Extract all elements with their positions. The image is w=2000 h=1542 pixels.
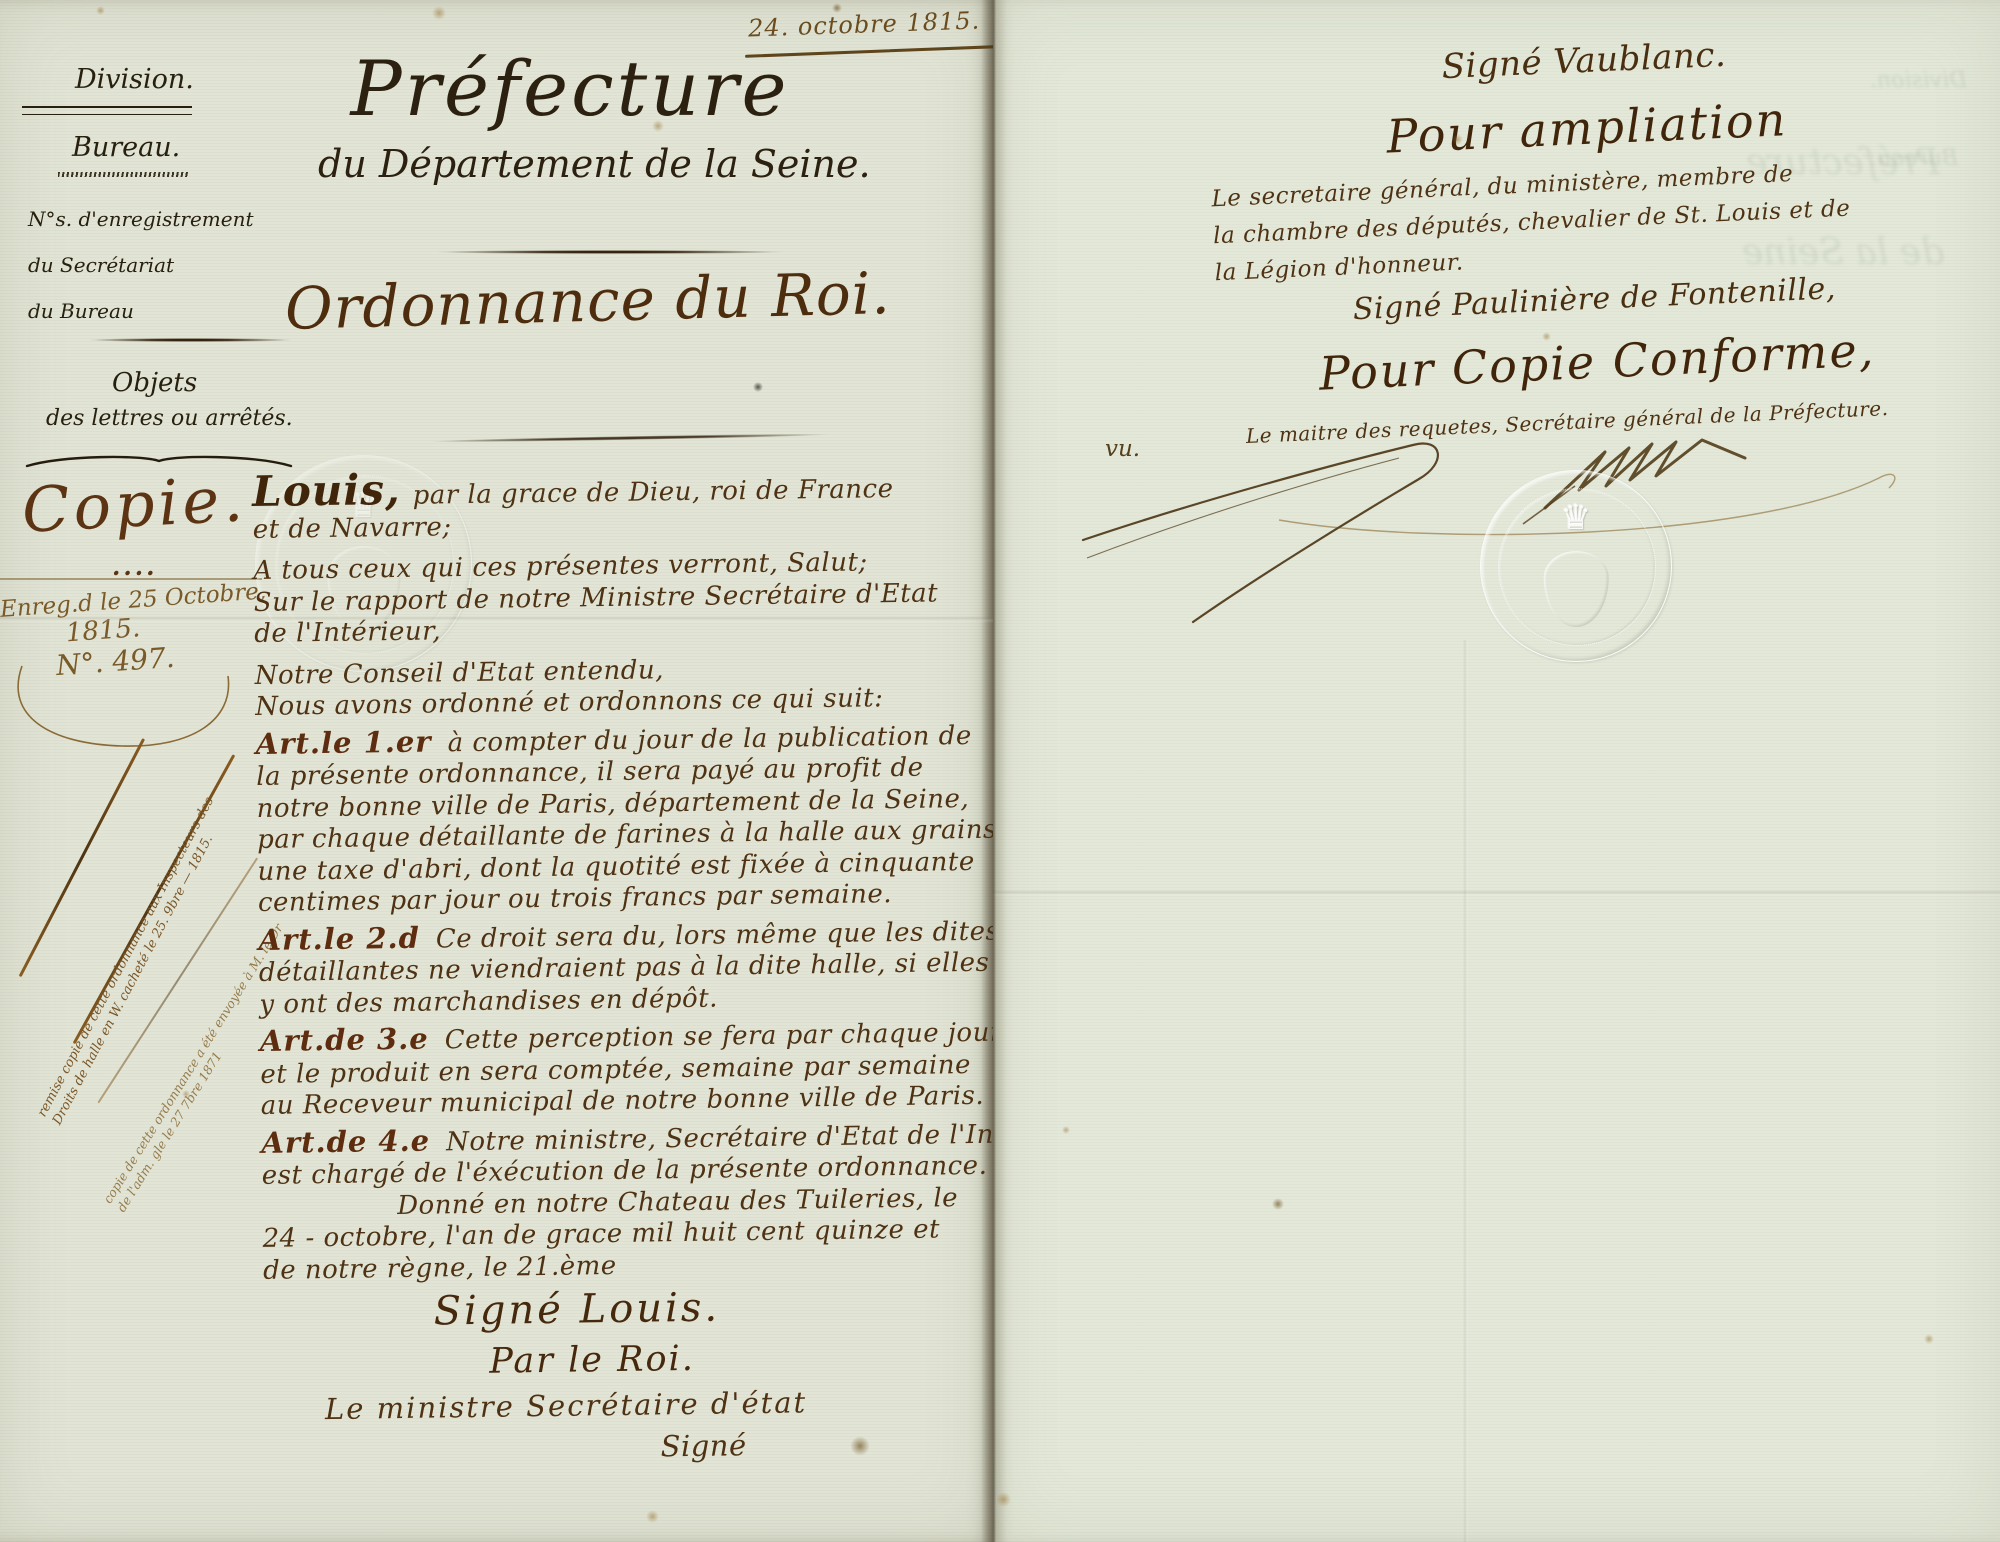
copie-annotation: Copie. — [20, 462, 248, 547]
fox-stain — [96, 6, 105, 15]
paraph-flourish — [1081, 418, 1461, 628]
fox-stain — [1924, 1334, 1934, 1344]
registration-oval-flourish — [10, 650, 238, 754]
letterhead-registry-block: N°s. d'enregistrementdu Secrétariatdu Bu… — [28, 196, 258, 334]
embossed-seal-right: ♛ — [1480, 470, 1672, 662]
document-scan: 24. octobre 1815. Division. Bureau. N°s.… — [0, 0, 2000, 1542]
right-page: Division. Bureau. Préfecture de la Seine… — [993, 0, 2000, 1542]
copie-flourish: .... — [112, 552, 157, 581]
header-rule — [435, 250, 785, 254]
ordonnance-underline-swash — [430, 433, 830, 444]
letterhead-objets: Objets — [112, 368, 197, 398]
letterhead-bureau: Bureau. — [72, 132, 180, 163]
margin-rule — [0, 578, 262, 580]
division-rule — [22, 106, 192, 115]
fox-stain — [1062, 1126, 1070, 1134]
fox-stain — [832, 3, 842, 13]
ink-dot — [753, 382, 763, 392]
date-annotation: 24. octobre 1815. — [748, 5, 993, 42]
letterhead-registry-line: du Secrétariat — [28, 242, 258, 288]
letterhead-registry-line: du Bureau — [28, 288, 258, 334]
registry-rule — [88, 338, 293, 342]
letterhead-objets-sub: des lettres ou arrêtés. — [46, 406, 293, 431]
body-line: Signé Louis. — [263, 1277, 993, 1341]
fold-crease — [0, 616, 993, 623]
bureau-squiggle-rule — [58, 172, 188, 177]
fox-stain — [432, 6, 446, 20]
letterhead-division: Division. — [75, 64, 194, 95]
crown-icon: ♛ — [1481, 498, 1671, 538]
prefecture-subtitle: du Département de la Seine. — [318, 142, 793, 186]
fox-stain — [1452, 134, 1463, 145]
certification-block: Signé Vaublanc.Pour ampliationLe secreta… — [1193, 14, 1990, 459]
fox-stain — [652, 120, 664, 132]
left-page: 24. octobre 1815. Division. Bureau. N°s.… — [0, 0, 993, 1542]
letterhead-registry-line: N°s. d'enregistrement — [28, 196, 258, 242]
fox-stain — [1272, 1198, 1284, 1210]
fold-crease — [993, 890, 2000, 897]
fox-stain — [182, 1090, 190, 1098]
center-fold-shadow — [981, 0, 1007, 1542]
prefecture-title: Préfecture — [350, 44, 790, 133]
fox-stain — [646, 1510, 659, 1523]
fox-stain — [1542, 332, 1551, 341]
fox-stain — [996, 1492, 1011, 1507]
ordonnance-title: Ordonnance du Roi. — [284, 261, 811, 343]
fox-stain — [850, 1436, 870, 1456]
fold-crease — [1463, 640, 1469, 1542]
